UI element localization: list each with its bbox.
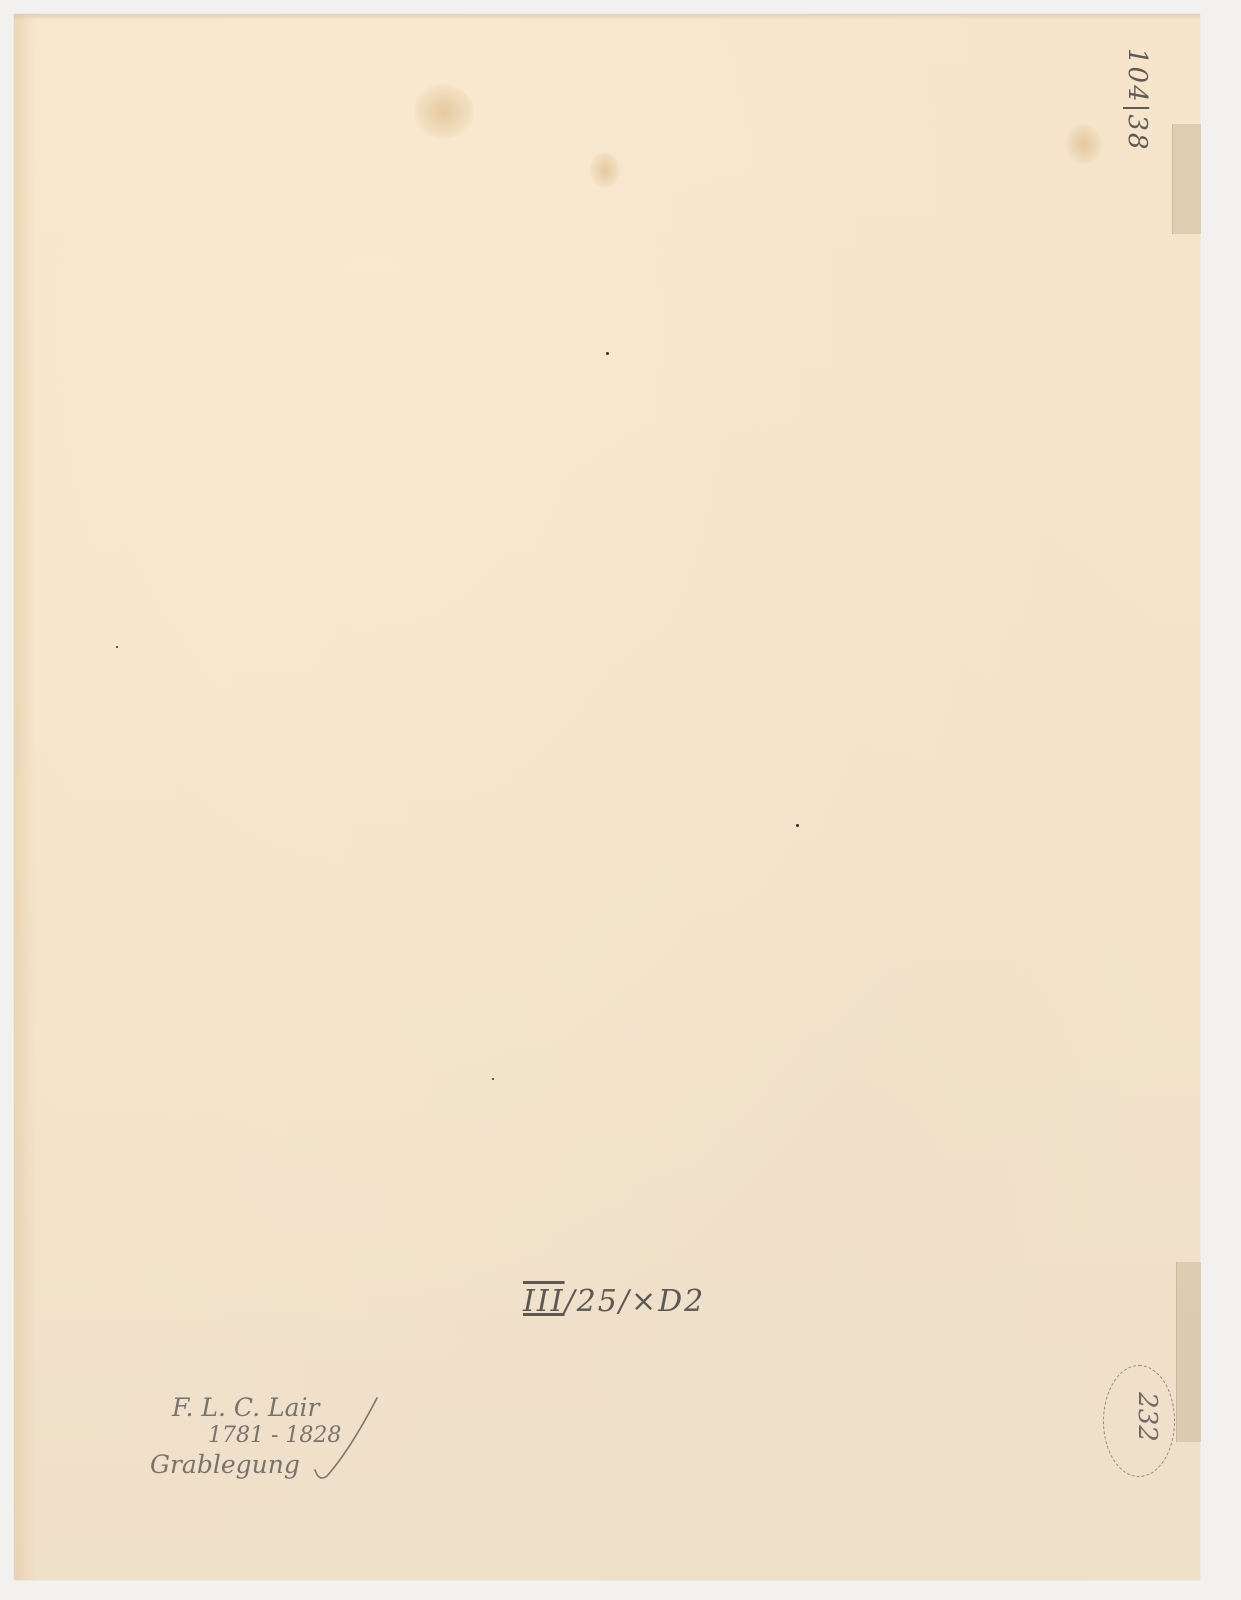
reference-code-roman: III xyxy=(523,1284,565,1319)
reference-code-rest: /25/×D2 xyxy=(565,1284,706,1319)
scanned-sheet-background: 104|38 III/25/×D2 F. L. C. Lair 1781 - 1… xyxy=(0,0,1241,1600)
foxing-stain xyxy=(414,84,474,139)
paper-speck xyxy=(116,646,118,648)
circled-number: 232 xyxy=(1103,1365,1175,1477)
foxing-stain xyxy=(1066,124,1102,164)
paper-speck xyxy=(492,1078,494,1080)
checkmark-icon xyxy=(305,1390,395,1490)
reference-code: III/25/×D2 xyxy=(523,1287,705,1317)
inventory-number: 104|38 xyxy=(1124,48,1150,151)
paper-speck xyxy=(796,824,799,827)
paper-sheet xyxy=(14,14,1200,1580)
circled-number-text: 232 xyxy=(1132,1392,1162,1442)
foxing-stain xyxy=(590,152,620,188)
hinge-tape-top xyxy=(1172,124,1201,234)
paper-speck xyxy=(606,352,609,355)
hinge-tape-bottom xyxy=(1176,1262,1201,1442)
